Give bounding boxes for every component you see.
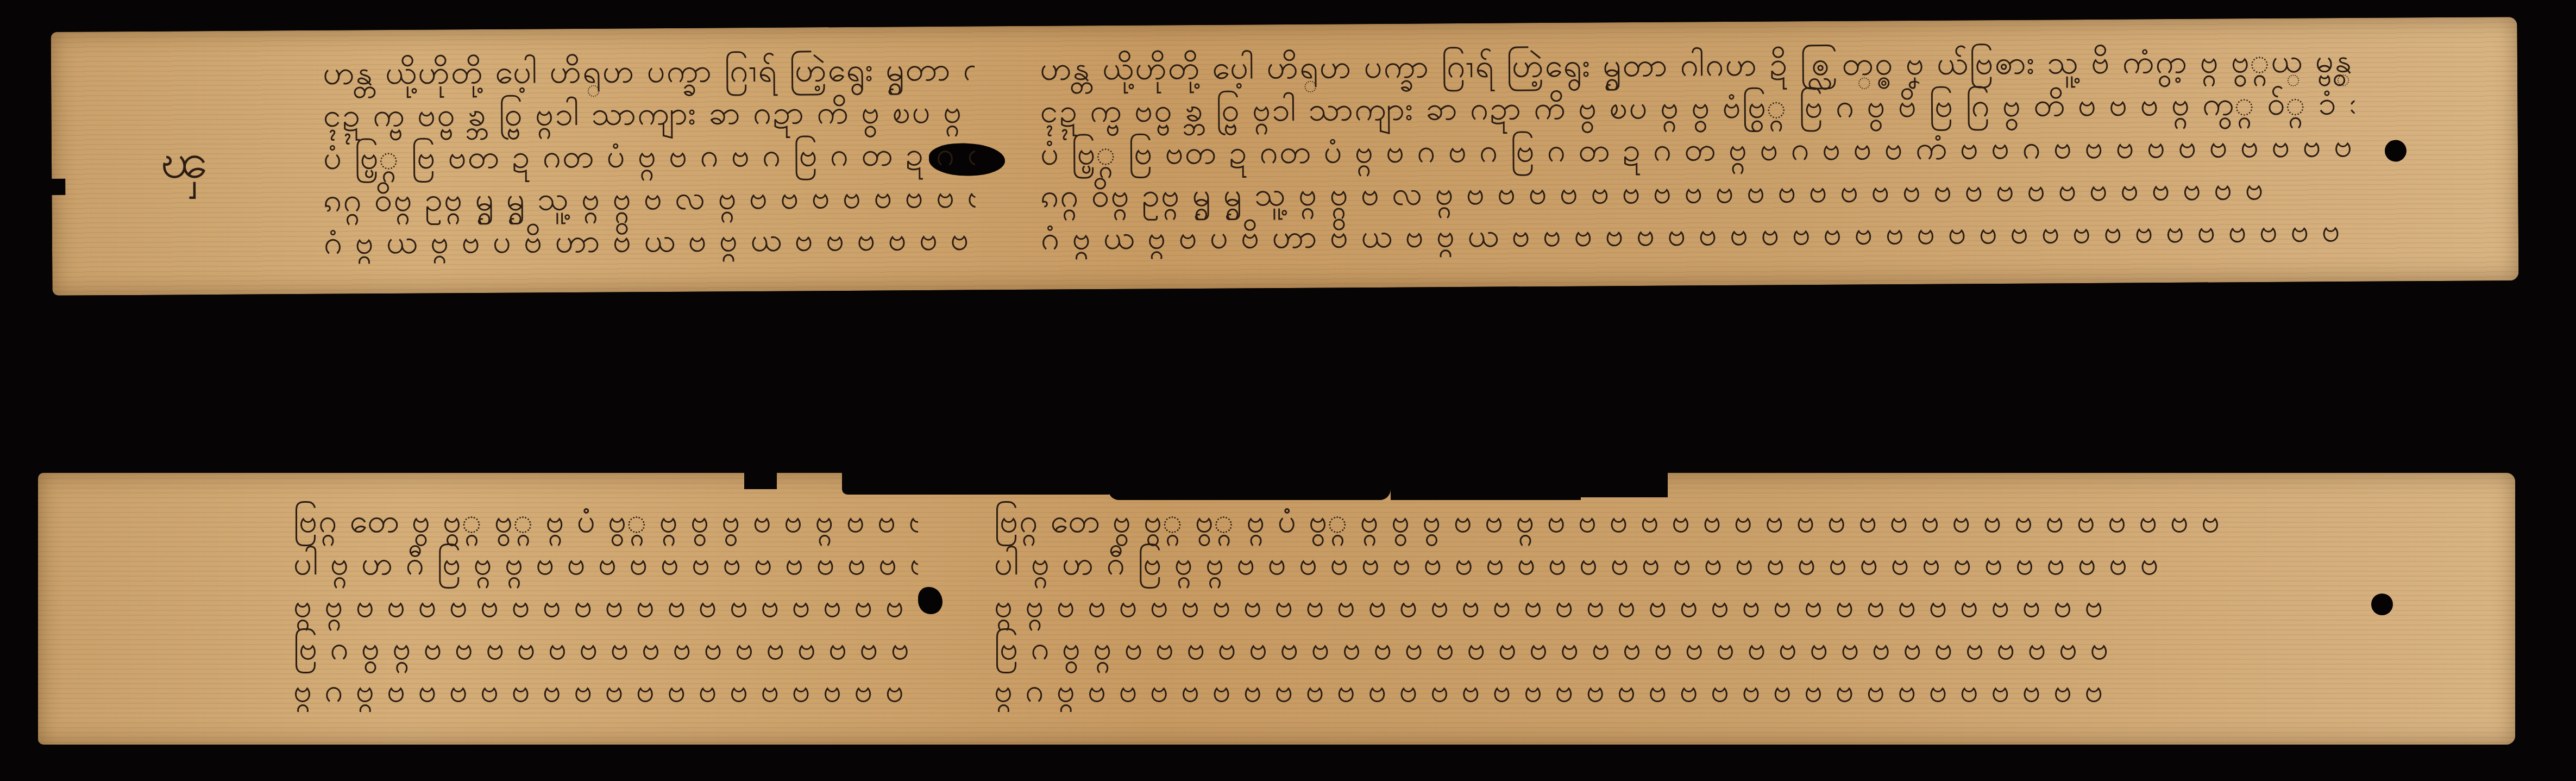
text-line: ၵဂ္ဂ ဝိဗ္ဂ ဥဗ္ဂ ၝ္ဂ ၝ္ဂ သူ့ ဗ္ဂ ဗ္ဂ ဗ လ …	[1040, 167, 2355, 217]
folio-number: ၾ	[160, 129, 209, 202]
torn-edge	[1391, 470, 1581, 500]
text-line: ပါ ဗ္ဂ ဟ ဂီ ဗြ ဗ္ဂ ဗ္ဂ ဗ ဗ ဗ ဗ ဗ ဗ ဗ ဗ ဗ…	[293, 542, 918, 585]
string-hole-right	[2385, 140, 2407, 161]
palm-leaf-top: ၾ ဟန္တ ယို့ဟိုတို့ ပေ့ါ ဟိရ္ဟ ပက္ခာ ဂြၢရ…	[51, 17, 2519, 296]
text-line: ဂံ ဗ္ဂ ယ ဗွ ဗ ပ ဗိ ဟာ ဗိ ယ ဗ ဗ္ဂ ယ ဗ ဗ ဗ…	[1041, 209, 2355, 260]
manuscript-text-right: ဗြဂ္ဂ တေ ဗွ ဗွ္ဂ ဗွ္ဂ ဗ္ဂ ပံ ဗွ္ဂ ဗ္ဂ ဗွ…	[994, 500, 2341, 712]
text-line: ဟန္တ ယို့ဟိုတို့ ပေ့ါ ဟိရ္ဟ ပက္ခာ ဂြၢရ် …	[323, 48, 975, 94]
text-line: ဗ္ဂ ဗ္ဂ ဗ ဗ ဗ ဗ ဗ ဗ ဗ ဗ ဗ ဗ ဗ ဗ ဗ ဗ ဗ ဗ …	[994, 585, 2341, 627]
text-line: ဗြဂ္ဂ တေ ဗွ ဗွ္ဂ ဗွ္ဂ ဗ္ဂ ပံ ဗွ္ဂ ဗ္ဂ ဗွ…	[293, 500, 918, 542]
manuscript-text-right: ဟန္တ ယို့ဟိုတို့ ပေ့ါ ဟိရ္ဟ ပက္ခာ ဂြၢရ် …	[1040, 40, 2355, 260]
text-line: ပံ ဗ္ပြ္ဂ ဗြ ဗတ ဍ ဂတ ပံ ဗ္ဂ ဗ ဂ ဗ ဂ ဗြ ဂ…	[1040, 124, 2355, 175]
text-line: ဗြ ဂ ဗွ ဗ္ဂ ဗ ဗ ဗ ဗ ဗ ဗ ဗ ဗ ဗ ဗ ဗ ဗ ဗ ဗ …	[293, 627, 918, 670]
text-line: ဗြဂ္ဂ တေ ဗွ ဗွ္ဂ ဗွ္ဂ ဗ္ဂ ပံ ဗွ္ဂ ဗ္ဂ ဗွ…	[994, 500, 2341, 542]
torn-edge	[744, 470, 777, 489]
palm-leaf-bottom: ဗြဂ္ဂ တေ ဗွ ဗွ္ဂ ဗွ္ဂ ဗ္ဂ ပံ ဗွ္ဂ ဗ္ဂ ဗွ…	[38, 473, 2515, 745]
text-line: ဟန္တ ယို့ဟိုတို့ ပေ့ါ ဟိရ္ဟ ပက္ခာ ဂြၢရ် …	[1040, 40, 2354, 90]
text-line: ဗ္ဂ ဂ ဗ္ဂ ဗ ဗ ဗ ဗ ဗ ဗ ဗ ဗ ဗ ဗ ဗ ဗ ဗ ဗ ဗ …	[994, 670, 2341, 712]
torn-edge	[1581, 470, 1668, 497]
manuscript-text-left: ဟန္တ ယို့ဟိုတို့ ပေ့ါ ဟိရ္ဟ ပက္ခာ ဂြၢရ် …	[323, 48, 976, 264]
text-line: ပါ ဗ္ဂ ဟ ဂီ ဗြ ဗ္ဂ ဗ္ဂ ဗ ဗ ဗ ဗ ဗ ဗ ဗ ဗ ဗ…	[994, 542, 2341, 585]
torn-edge	[1108, 470, 1391, 500]
text-line: ၵဂ္ဂ ဝိဗ္ဂ ဥဗ္ဂ ၝ္ဂ ၝ္ဂ သူ့ ဗ္ဂ ဗ္ဂ ဗ လ …	[323, 175, 975, 221]
manuscript-text-left: ဗြဂ္ဂ တေ ဗွ ဗွ္ဂ ဗွ္ဂ ဗ္ဂ ပံ ဗွ္ဂ ဗ္ဂ ဗွ…	[293, 500, 918, 712]
text-line: ပံ ဗ္ပြ္ဂ ဗြ ဗတ ဍ ဂတ ပံ ဗ္ဂ ဗ ဂ ဗ ဂ ဗြ ဂ…	[323, 133, 975, 179]
text-line: ဂံ ဗ္ဂ ယ ဗွ ဗ ပ ဗိ ဟာ ဗိ ယ ဗ ဗ္ဂ ယ ဗ ဗ ဗ…	[324, 217, 976, 264]
edge-notch	[49, 179, 65, 195]
text-line: ၚဍ္ၚ က္ဗ ဗဝ္ဗ ၶ္ဘ ဝ္ဗြ ဗ္ဂၥါ သာကျား ခာ ဂ…	[323, 90, 975, 136]
text-line: ၚဍ္ၚ က္ဗ ဗဝ္ဗ ၶ္ဘ ဝ္ဗြ ဗ္ဂၥါ သာကျား ခာ ဂ…	[1040, 82, 2354, 133]
text-line: ဗ္ဂ ဗ္ဂ ဗ ဗ ဗ ဗ ဗ ဗ ဗ ဗ ဗ ဗ ဗ ဗ ဗ ဗ ဗ ဗ …	[293, 585, 918, 627]
string-hole-right	[2371, 593, 2393, 615]
text-line: ဗ္ဂ ဂ ဗ္ဂ ဗ ဗ ဗ ဗ ဗ ဗ ဗ ဗ ဗ ဗ ဗ ဗ ဗ ဗ ဗ …	[293, 670, 918, 712]
string-hole-left	[918, 587, 943, 614]
text-line: ဗြ ဂ ဗွ ဗ္ဂ ဗ ဗ ဗ ဗ ဗ ဗ ဗ ဗ ဗ ဗ ဗ ဗ ဗ ဗ …	[994, 627, 2341, 670]
torn-edge	[842, 470, 1114, 495]
